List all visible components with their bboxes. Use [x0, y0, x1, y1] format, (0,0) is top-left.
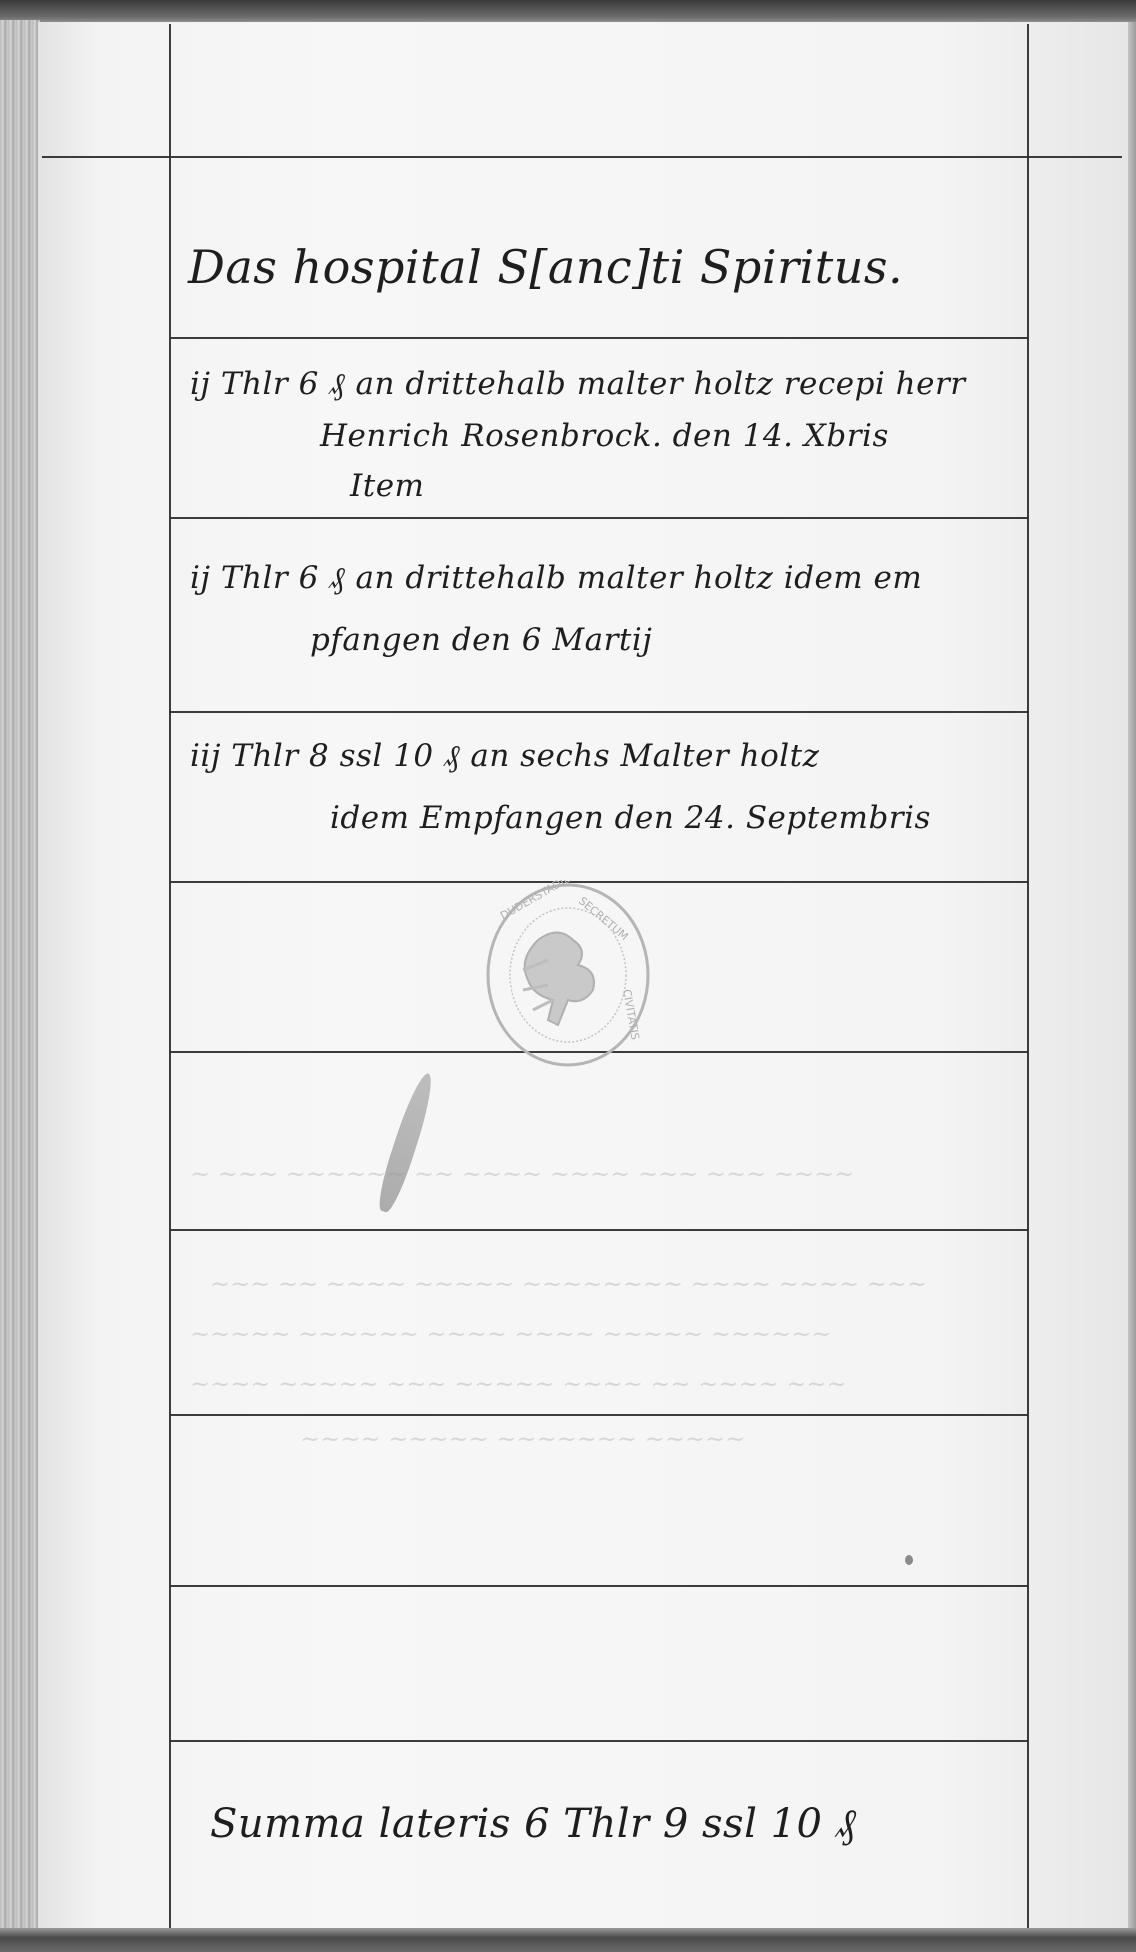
page-stack-right [1128, 22, 1136, 1930]
entry-2-line-2: pfangen den 6 Martij [310, 622, 652, 658]
row-rule-6 [170, 1229, 1028, 1231]
row-rule-9 [170, 1740, 1028, 1742]
city-seal-stamp-icon: DUDERSTADIENSIS SECRETUM CIVITATIS [483, 880, 653, 1070]
summa-lateris: Summa lateris 6 Thlr 9 ssl 10 ₰ [210, 1800, 856, 1847]
row-rule-3 [170, 711, 1028, 713]
page-stack-left [0, 20, 40, 1932]
right-margin-rule [1027, 24, 1029, 1930]
entry-3-line-1: iij Thlr 8 ssl 10 ₰ an sechs Malter holt… [190, 738, 819, 774]
header-rule [42, 156, 1122, 158]
svg-text:CIVITATIS: CIVITATIS [620, 988, 642, 1041]
bleed-through-text: ~~~ ~~ ~~~~ ~~~~~ ~~~~~~~~ ~~~~ ~~~~ ~~~ [210, 1270, 927, 1298]
entry-3-line-2: idem Empfangen den 24. Septembris [330, 800, 931, 836]
book-binding-top [0, 0, 1136, 24]
entry-1-line-1: ij Thlr 6 ₰ an drittehalb malter holtz r… [190, 366, 966, 402]
ink-dot [905, 1555, 913, 1565]
svg-text:SECRETUM: SECRETUM [576, 894, 631, 943]
bleed-through-text: ~~~~ ~~~~~ ~~~~~~~ ~~~~~ [300, 1425, 745, 1453]
entry-1-line-2: Henrich Rosenbrock. den 14. Xbris [320, 418, 889, 454]
bleed-through-text: ~~~~ ~~~~~ ~~~ ~~~~~ ~~~~ ~~ ~~~~ ~~~ [190, 1370, 847, 1398]
row-rule-1 [170, 337, 1028, 339]
bleed-through-text: ~ ~~~ ~~~~~~ ~~ ~~~~ ~~~~ ~~~ ~~~ ~~~~ [190, 1160, 854, 1188]
row-rule-7 [170, 1414, 1028, 1416]
entry-1-line-3: Item [350, 468, 424, 504]
page-heading: Das hospital S[anc]ti Spiritus. [188, 240, 903, 294]
book-binding-bottom [0, 1928, 1136, 1952]
row-rule-2 [170, 517, 1028, 519]
left-margin-rule [169, 24, 171, 1930]
row-rule-8 [170, 1585, 1028, 1587]
entry-2-line-1: ij Thlr 6 ₰ an drittehalb malter holtz i… [190, 560, 922, 596]
bleed-through-text: ~~~~~ ~~~~~~ ~~~~ ~~~~ ~~~~~ ~~~~~~ [190, 1320, 831, 1348]
